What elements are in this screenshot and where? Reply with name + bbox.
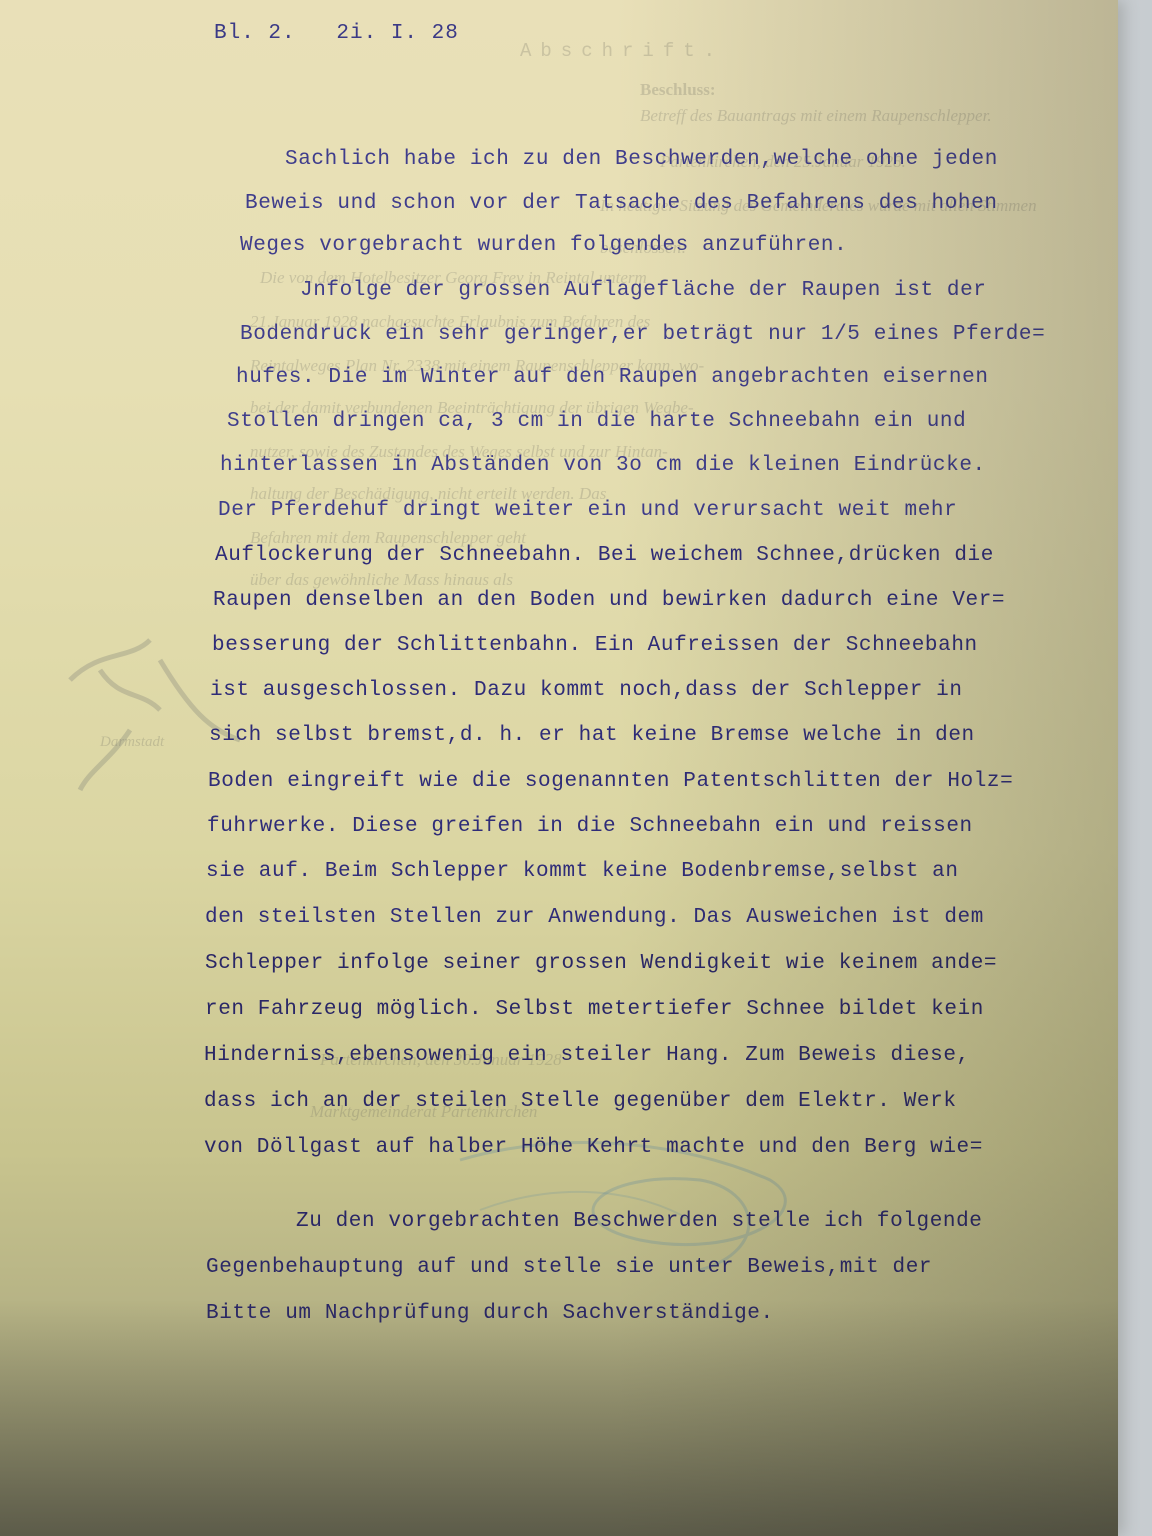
text-line: Stollen dringen ca, 3 cm in die harte Sc… [227, 410, 966, 433]
page-reference: Bl. 2. 2i. I. 28 [214, 22, 459, 45]
text-line: Boden eingreift wie die sogenannten Pate… [208, 770, 1013, 793]
bleed-through-line: Darmstadt [100, 734, 164, 751]
text-line: Schlepper infolge seiner grossen Wendigk… [205, 952, 997, 975]
document-page: Abschrift. Beschluss: Betreff des Bauant… [0, 0, 1118, 1536]
text-line: Beweis und schon vor der Tatsache des Be… [245, 192, 998, 215]
text-line: von Döllgast auf halber Höhe Kehrt macht… [204, 1136, 983, 1159]
text-line: Der Pferdehuf dringt weiter ein und veru… [218, 499, 957, 522]
text-line: sie auf. Beim Schlepper kommt keine Bode… [206, 860, 959, 883]
text-line: Hinderniss,ebensowenig ein steiler Hang.… [204, 1044, 970, 1067]
text-line: sich selbst bremst,d. h. er hat keine Br… [209, 724, 975, 747]
text-line: Sachlich habe ich zu den Beschwerden,wel… [285, 148, 998, 171]
text-line: ren Fahrzeug möglich. Selbst metertiefer… [205, 998, 984, 1021]
text-line: Jnfolge der grossen Auflagefläche der Ra… [300, 279, 987, 302]
text-line: ist ausgeschlossen. Dazu kommt noch,dass… [210, 679, 963, 702]
text-line: fuhrwerke. Diese greifen in die Schneeba… [207, 815, 973, 838]
bleed-through-line: Betreff des Bauantrags mit einem Raupens… [640, 106, 992, 126]
bleed-through-line: über das gewöhnliche Mass hinaus als [250, 570, 513, 590]
text-line: Zu den vorgebrachten Beschwerden stelle … [296, 1210, 983, 1233]
bleed-through-subheader: Beschluss: [640, 80, 716, 100]
text-line: Raupen denselben an den Boden und bewirk… [213, 589, 1005, 612]
text-line: hufes. Die im Winter auf den Raupen ange… [236, 366, 989, 389]
text-line: den steilsten Stellen zur Anwendung. Das… [205, 906, 984, 929]
bleed-through-header: Abschrift. [520, 40, 724, 62]
text-line: besserung der Schlittenbahn. Ein Aufreis… [212, 634, 978, 657]
text-line: dass ich an der steilen Stelle gegenüber… [204, 1090, 957, 1113]
text-line: Bodendruck ein sehr geringer,er beträgt … [240, 323, 1045, 346]
text-line: Gegenbehauptung auf und stelle sie unter… [206, 1256, 932, 1279]
text-line: Auflockerung der Schneebahn. Bei weichem… [215, 544, 994, 567]
text-line: Bitte um Nachprüfung durch Sachverständi… [206, 1302, 774, 1325]
bottom-shadow [0, 1300, 1118, 1536]
text-line: hinterlassen in Abständen von 3o cm die … [220, 454, 986, 477]
text-line: Weges vorgebracht wurden folgendes anzuf… [240, 234, 847, 257]
